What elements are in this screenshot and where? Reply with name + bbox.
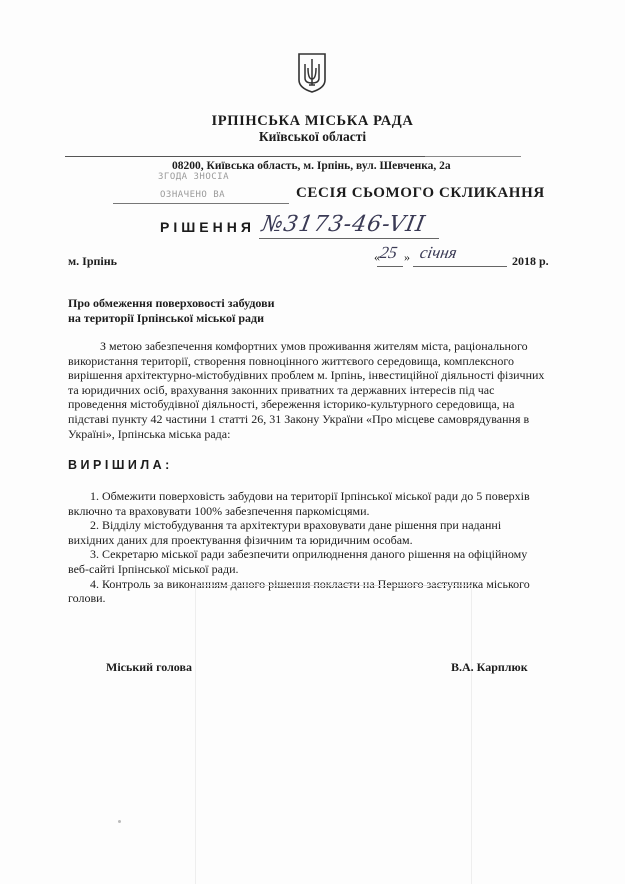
- subject-line: на території Ірпінської міської ради: [68, 311, 275, 326]
- scan-artifact: [118, 820, 121, 823]
- address: 08200, Київська область, м. Ірпінь, вул.…: [172, 160, 451, 172]
- date-day-underline: [377, 266, 403, 267]
- date-month-handwritten: січня: [418, 243, 458, 263]
- decision-subject: Про обмеження поверховості забудови на т…: [68, 296, 275, 326]
- preamble: З метою забезпечення комфортних умов про…: [68, 339, 588, 441]
- document-page: ІРПІНСЬКА МІСЬКА РАДА Київської області …: [0, 0, 625, 884]
- stamp-underline: [113, 203, 289, 204]
- decision-label: РІШЕННЯ: [160, 219, 255, 235]
- preamble-line: та юридичних осіб, врахування законних п…: [68, 383, 588, 398]
- org-subtitle: Київської області: [0, 129, 625, 145]
- resolution-item: 1. Обмежити поверховість забудови на тер…: [68, 489, 588, 504]
- city: м. Ірпінь: [68, 254, 117, 269]
- signatory-title: Міський голова: [106, 660, 192, 675]
- resolution-item-cont: вихідних даних для проектування фізичним…: [68, 533, 588, 548]
- date-month-underline: [413, 266, 507, 267]
- date-day-handwritten: 25: [378, 243, 399, 263]
- resolution-item-cont: веб-сайті Ірпінської міської ради.: [68, 562, 588, 577]
- redacted-signature-area: [195, 585, 472, 884]
- preamble-line: проведення містобудівної діяльності, збе…: [68, 397, 588, 412]
- session-title: СЕСІЯ СЬОМОГО СКЛИКАННЯ: [296, 185, 545, 202]
- subject-line: Про обмеження поверховості забудови: [68, 296, 275, 311]
- resolution-item-cont: включно та враховувати 100% забезпечення…: [68, 504, 588, 519]
- resolution-item: 2. Відділу містобудування та архітектури…: [68, 518, 588, 533]
- header-divider: [65, 156, 425, 157]
- org-title: ІРПІНСЬКА МІСЬКА РАДА: [0, 113, 625, 130]
- faded-stamp-line: ОЗНАЧЕНО ВА: [160, 190, 225, 200]
- decision-underline: [259, 238, 439, 239]
- resolved-heading: ВИРІШИЛА:: [68, 458, 173, 472]
- decision-number-handwritten: №3173-46-VII: [260, 212, 428, 237]
- signatory-name: В.А. Карплюк: [451, 660, 528, 675]
- resolution-item: 3. Секретарю міської ради забезпечити оп…: [68, 547, 588, 562]
- date-close-quote: »: [404, 250, 410, 265]
- header-divider-tail: [425, 156, 521, 157]
- preamble-line: підставі пункту 42 частини 1 статті 26, …: [68, 412, 588, 427]
- date-year: 2018 р.: [512, 254, 549, 269]
- preamble-line: вирішення архітектурно-містобудівних про…: [68, 368, 588, 383]
- trident-coat-of-arms-icon: [297, 52, 327, 94]
- preamble-line: Україні», Ірпінська міська рада:: [68, 427, 588, 442]
- preamble-line: З метою забезпечення комфортних умов про…: [68, 339, 588, 354]
- faded-stamp-line: ЗГОДА ЗНОСІА: [158, 172, 229, 182]
- preamble-line: використання території, створення повноц…: [68, 354, 588, 369]
